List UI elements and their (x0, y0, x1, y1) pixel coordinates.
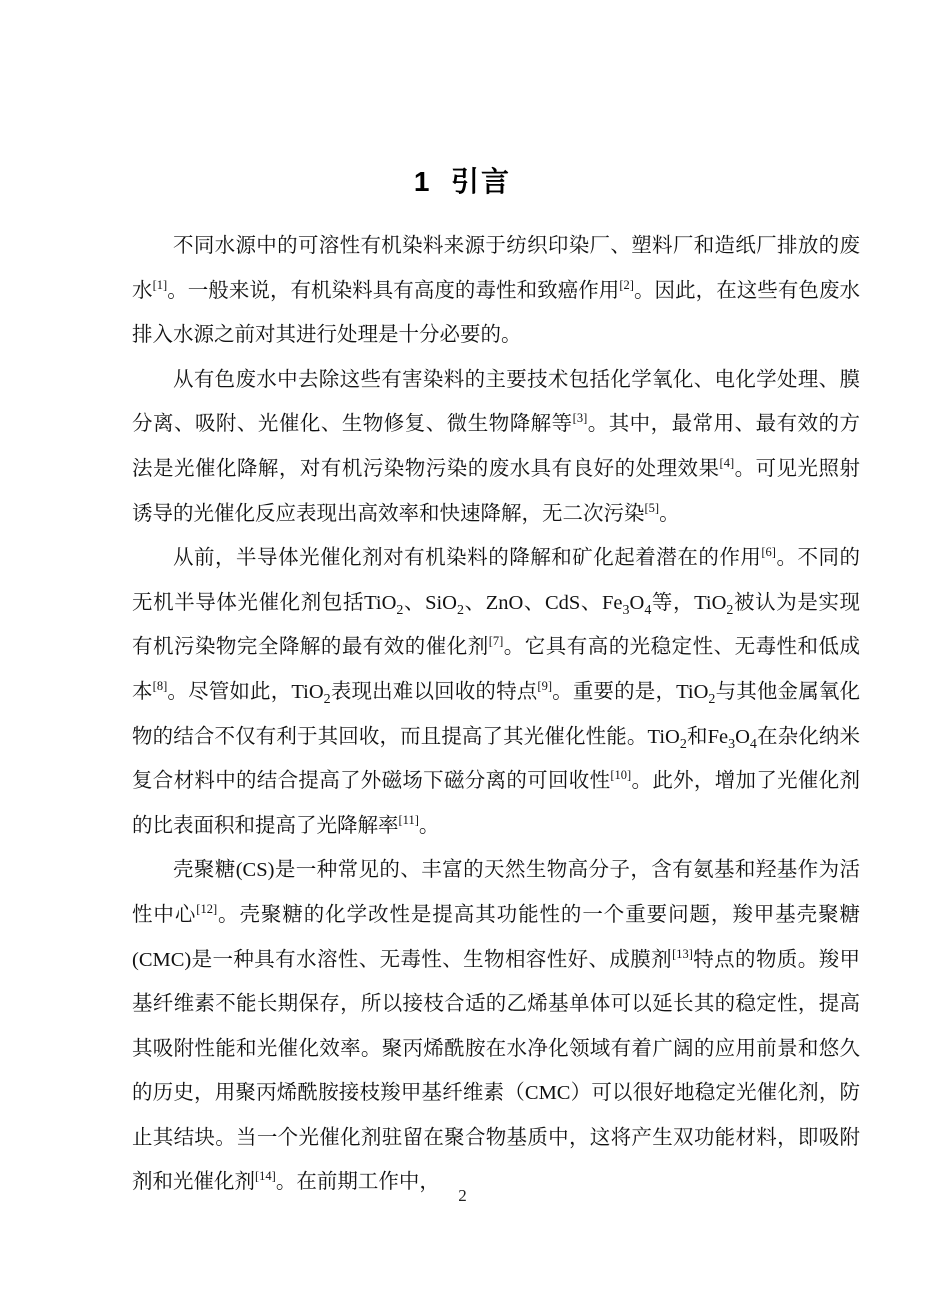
chemical-subscript: 2 (457, 603, 464, 618)
text-run: 。重要的是，TiO (552, 681, 708, 703)
citation-reference: [2] (619, 278, 634, 292)
citation-reference: [1] (153, 278, 168, 292)
citation-reference: [9] (537, 679, 552, 693)
page-number: 2 (0, 1186, 925, 1206)
text-run: 特点的物质。羧甲基纤维素不能长期保存，所以接枝合适的乙烯基单体可以延长其的稳定性… (132, 949, 860, 1194)
paragraph: 从有色废水中去除这些有害染料的主要技术包括化学氧化、电化学处理、膜分离、吸附、光… (132, 358, 860, 536)
chemical-subscript: 3 (623, 603, 630, 618)
citation-reference: [7] (489, 635, 504, 649)
text-run: 表现出难以回收的特点 (331, 681, 538, 703)
citation-reference: [10] (610, 768, 631, 782)
document-page: 1 引言 不同水源中的可溶性有机染料来源于纺织印染厂、塑料厂和造纸厂排放的废水[… (0, 0, 925, 1309)
text-run: 、SiO (403, 592, 457, 614)
text-run: 和Fe (687, 726, 728, 748)
citation-reference: [8] (153, 679, 168, 693)
citation-reference: [11] (399, 813, 419, 827)
paragraph: 从前，半导体光催化剂对有机染料的降解和矿化起着潜在的作用[6]。不同的无机半导体… (132, 536, 860, 848)
citation-reference: [5] (645, 501, 660, 515)
text-run: 。一般来说，有机染料具有高度的毒性和致癌作用 (167, 280, 619, 302)
text-run: 。 (419, 815, 440, 837)
chemical-subscript: 4 (750, 737, 757, 752)
citation-reference: [3] (573, 412, 588, 426)
citation-reference: [6] (761, 545, 776, 559)
document-body: 不同水源中的可溶性有机染料来源于纺织印染厂、塑料厂和造纸厂排放的废水[1]。一般… (132, 224, 860, 1205)
text-run: 等，TiO (651, 592, 726, 614)
citation-reference: [13] (672, 947, 693, 961)
paragraph: 不同水源中的可溶性有机染料来源于纺织印染厂、塑料厂和造纸厂排放的废水[1]。一般… (132, 224, 860, 358)
chemical-subscript: 2 (680, 737, 687, 752)
citation-reference: [14] (255, 1170, 276, 1184)
text-run: 。 (659, 503, 680, 525)
text-run: 从前，半导体光催化剂对有机染料的降解和矿化起着潜在的作用 (173, 547, 761, 569)
paragraph: 壳聚糖(CS)是一种常见的、丰富的天然生物高分子，含有氨基和羟基作为活性中心[1… (132, 848, 860, 1205)
chemical-subscript: 2 (324, 692, 331, 707)
section-title: 1 引言 (0, 160, 925, 200)
citation-reference: [4] (720, 456, 735, 470)
text-run: O (630, 592, 645, 614)
text-run: O (735, 726, 750, 748)
text-run: 。尽管如此，TiO (167, 681, 323, 703)
text-run: 、ZnO、CdS、Fe (464, 592, 623, 614)
citation-reference: [12] (196, 902, 217, 916)
